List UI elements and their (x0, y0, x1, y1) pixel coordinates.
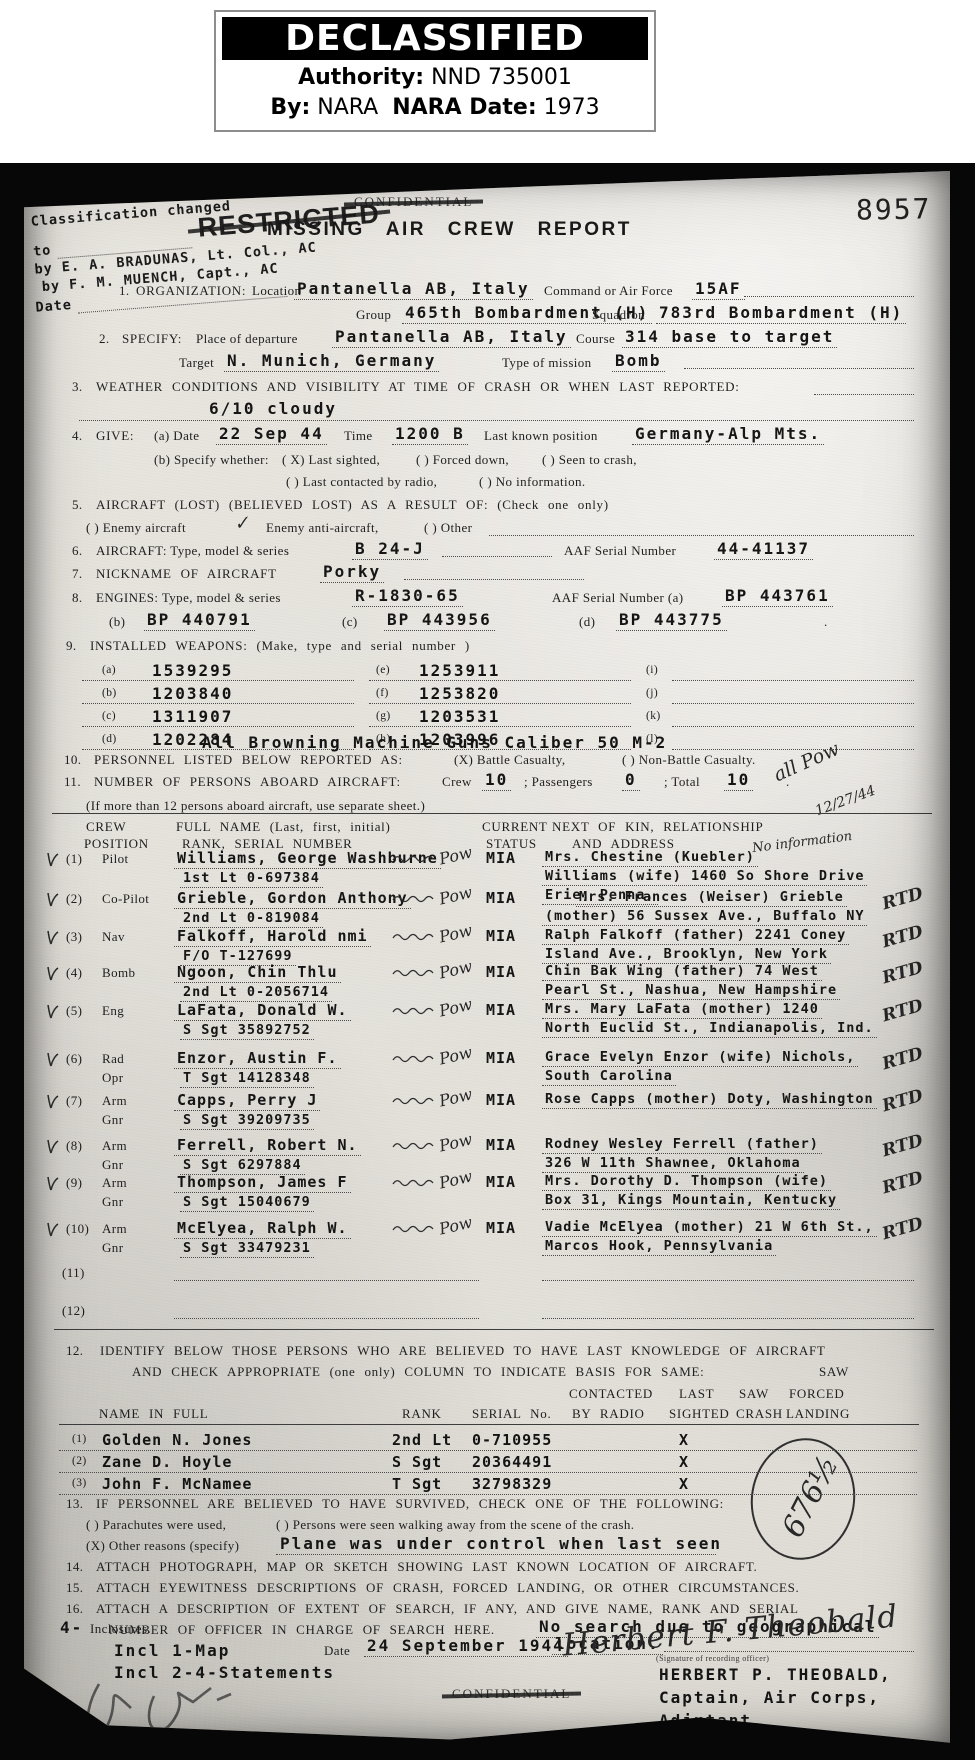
rtd-annotation: RTD (880, 1086, 925, 1117)
crew-row: (3)NavFalkoff, Harold nmiF/O T-127699Pow… (24, 927, 950, 967)
witness-serial: 20364491 (472, 1453, 552, 1471)
s9-label: INSTALLED WEAPONS: (Make, type and seria… (90, 638, 470, 654)
s12-line1: IDENTIFY BELOW THOSE PERSONS WHO ARE BEL… (100, 1343, 826, 1359)
s5-enemy-aircraft-option: ( ) Enemy aircraft (86, 520, 186, 536)
rank-header: RANK (402, 1406, 442, 1422)
s9-num: 9. (66, 638, 77, 654)
rtd-annotation: RTD (880, 1214, 925, 1245)
s5-label: AIRCRAFT (LOST) (BELIEVED LOST) AS A RES… (96, 497, 609, 513)
s6-num: 6. (72, 543, 83, 559)
crew-status: MIA (486, 1001, 516, 1019)
weapon-rule (369, 702, 631, 704)
witness-rank: 2nd Lt (392, 1431, 452, 1449)
witness-number: (3) (72, 1477, 87, 1489)
crew-number: (10) (66, 1221, 89, 1237)
s2-target-value: N. Munich, Germany (224, 351, 439, 372)
crew-row: (4)BombNgoon, Chin Thlu2nd Lt 0-2056714P… (24, 963, 950, 1003)
pen-checkmark (46, 1003, 59, 1025)
weapon-rule (672, 702, 914, 704)
next-of-kin-line: Grace Evelyn Enzor (wife) Nichols, (542, 1049, 858, 1067)
last-header: LAST (679, 1386, 714, 1402)
weapon-rule (672, 748, 914, 750)
pen-checkmark (46, 1221, 59, 1243)
crew-name: Ngoon, Chin Thlu (174, 963, 341, 983)
serial-header: SERIAL No. (472, 1406, 551, 1422)
crew-row: (11) (24, 1263, 950, 1303)
pen-checkmark (46, 1175, 59, 1197)
rtd-annotation: RTD (880, 1131, 925, 1162)
s1-command-value: 15AF (692, 279, 745, 300)
s6-label: AIRCRAFT: Type, model & series (96, 543, 289, 559)
next-of-kin-line: Rose Capps (mother) Doty, Washington (542, 1091, 877, 1109)
s8-period: . (824, 614, 828, 630)
crew-number: (8) (66, 1138, 82, 1154)
contacted-header: CONTACTED (569, 1386, 653, 1402)
crew-position: Gnr (102, 1194, 123, 1210)
kin-col-header1: NEXT OF KIN, RELATIONSHIP (552, 819, 763, 835)
crew-name: McElyea, Ralph W. (174, 1219, 351, 1239)
crew-row: (6)RadOprEnzor, Austin F.T Sgt 14128348P… (24, 1049, 950, 1089)
crew-status: MIA (486, 1049, 516, 1067)
s2-mission-value: Bomb (612, 351, 665, 372)
crew-position: Co-Pilot (102, 891, 149, 907)
s2-departure-value: Pantanella AB, Italy (332, 327, 571, 348)
stamp-date: Date (35, 297, 73, 316)
s7-nickname-value: Porky (320, 562, 384, 583)
s4-position-value: Germany-Alp Mts. (632, 424, 824, 445)
next-of-kin-line: Mrs. Frances (Weiser) Grieble (576, 889, 847, 907)
crew-row: (7)ArmGnrCapps, Perry JS Sgt 39209735Pow… (24, 1091, 950, 1131)
blank-kin-rule (542, 1279, 914, 1281)
by-value: NARA (317, 95, 378, 120)
pen-checkmark (46, 891, 59, 913)
by-radio-header: BY RADIO (572, 1406, 645, 1422)
crew-status: MIA (486, 1173, 516, 1191)
weapon-slot-label: (c) (102, 710, 116, 722)
s11-passengers-label: ; Passengers (524, 774, 593, 790)
rtd-annotation: RTD (880, 958, 925, 989)
crew-row: (12) (24, 1301, 950, 1341)
authority-line: Authority: NND 735001 (222, 65, 648, 90)
s6-serial-label: AAF Serial Number (564, 543, 676, 559)
crew-status: MIA (486, 1091, 516, 1109)
declassified-title: DECLASSIFIED (222, 17, 648, 60)
crew-name: Enzor, Austin F. (174, 1049, 341, 1069)
crew-name: Falkoff, Harold nmi (174, 927, 371, 947)
next-of-kin-line: Chin Bak Wing (father) 74 West (542, 963, 822, 981)
next-of-kin-line: Mrs. Mary LaFata (mother) 1240 (542, 1001, 822, 1019)
s16-line1: ATTACH A DESCRIPTION OF EXTENT OF SEARCH… (96, 1601, 799, 1617)
pen-squiggle (392, 929, 436, 947)
weapon-serial: 1203531 (419, 707, 500, 726)
blank-name-rule (174, 1279, 479, 1281)
next-of-kin-line: North Euclid St., Indianapolis, Ind. (542, 1020, 877, 1038)
s11-label: NUMBER OF PERSONS ABOARD AIRCRAFT: (94, 774, 401, 790)
rtd-annotation: RTD (880, 996, 925, 1027)
crew-name: Thompson, James F (174, 1173, 351, 1193)
s11-crew-value: 10 (482, 770, 511, 791)
s2-departure-label: Place of departure (196, 331, 298, 347)
s7-label: NICKNAME OF AIRCRAFT (96, 566, 277, 582)
pow-annotation: Pow (437, 1042, 474, 1068)
crew-position: Gnr (102, 1240, 123, 1256)
inclosures-label: Inclosures. (90, 1621, 151, 1637)
pow-annotation: Pow (437, 1129, 474, 1155)
sighted-header: SIGHTED (669, 1406, 730, 1422)
crew-row: (5)EngLaFata, Donald W.S Sgt 35892752Pow… (24, 1001, 950, 1041)
crew-number: (4) (66, 965, 82, 981)
weapon-rule (82, 725, 354, 727)
witness-rule (59, 1449, 917, 1451)
declassified-banner: DECLASSIFIED Authority: NND 735001 By: N… (214, 10, 656, 132)
s4-forced-down-option: ( ) Forced down, (416, 452, 509, 468)
crew-status: MIA (486, 1136, 516, 1154)
pen-checkmark (46, 1051, 59, 1073)
s4-num: 4. (72, 428, 83, 444)
crew-number: (12) (62, 1303, 85, 1319)
s7-num: 7. (72, 566, 83, 582)
name-col-header: FULL NAME (Last, first, initial) (176, 819, 391, 835)
weapon-serial: 1203840 (152, 684, 233, 703)
s4-time-value: 1200 B (392, 424, 468, 445)
crew-status: MIA (486, 963, 516, 981)
crew-rank-serial: 2nd Lt 0-819084 (180, 910, 323, 928)
weapon-rule (82, 702, 354, 704)
pen-squiggle (392, 851, 436, 869)
signature-caption: (Signature of recording officer) (656, 1654, 769, 1663)
weapon-serial: 1539295 (152, 661, 233, 680)
s4-position-label: Last known position (484, 428, 598, 444)
next-of-kin-line: Mrs. Chestine (Kuebler) (542, 849, 758, 867)
witness-rank: S Sgt (392, 1453, 442, 1471)
pen-squiggle (392, 1051, 436, 1069)
s4-seen-crash-option: ( ) Seen to crash, (542, 452, 637, 468)
s14-num: 14. (66, 1559, 83, 1575)
next-of-kin-line: Ralph Falkoff (father) 2241 Coney (542, 927, 849, 945)
crew-position: Bomb (102, 965, 135, 981)
crew-row: (10)ArmGnrMcElyea, Ralph W.S Sgt 3347923… (24, 1219, 950, 1259)
s4-label: GIVE: (96, 428, 134, 444)
date-value: 24 September 1944 (364, 1636, 568, 1657)
officer-rank: Captain, Air Corps, (659, 1688, 880, 1707)
pen-scribble (69, 1666, 259, 1760)
confidential-stamp-bottom: CONFIDENTIAL (452, 1686, 571, 1701)
pen-checkmark (46, 1138, 59, 1160)
report-number: 8957 (856, 192, 932, 226)
crew-name: Grieble, Gordon Anthony (174, 889, 411, 909)
macr-form-page: CONFIDENTIAL 8957 Classification changed… (24, 171, 950, 1749)
crew-status: MIA (486, 1219, 516, 1237)
rtd-annotation: RTD (880, 1168, 925, 1199)
witness-last-sighted-mark: X (679, 1453, 689, 1471)
s15-num: 15. (66, 1580, 83, 1596)
pen-squiggle (392, 1175, 436, 1193)
s1-location-value: Pantanella AB, Italy (294, 279, 533, 300)
crew-number: (7) (66, 1093, 82, 1109)
s4b-label: (b) Specify whether: (154, 452, 269, 468)
s5-antiaircraft-option: Enemy anti-aircraft, (266, 520, 379, 536)
s13-walking-option: ( ) Persons were seen walking away from … (276, 1517, 634, 1533)
pow-annotation: Pow (437, 842, 474, 868)
weapon-rule (672, 725, 914, 727)
pen-checkmark (46, 851, 59, 873)
s14-label: ATTACH PHOTOGRAPH, MAP OR SKETCH SHOWING… (96, 1559, 758, 1575)
s8-d-label: (d) (579, 614, 595, 630)
s4-time-label: Time (344, 428, 373, 444)
s6-type-value: B 24-J (352, 539, 428, 560)
crew-position: Gnr (102, 1157, 123, 1173)
witness-rule (59, 1493, 917, 1495)
s5-pen-check: ✓ (232, 512, 251, 535)
s12-num: 12. (66, 1343, 83, 1359)
crew-status: MIA (486, 889, 516, 907)
saw-header: SAW (739, 1386, 769, 1402)
crew-rank-serial: S Sgt 15040679 (180, 1194, 314, 1212)
crew-row: (8)ArmGnrFerrell, Robert N.S Sgt 6297884… (24, 1136, 950, 1176)
witness-serial: 0-710955 (472, 1431, 552, 1449)
crew-position: Pilot (102, 851, 129, 867)
s2-num: 2. (99, 331, 110, 347)
s10-num: 10. (64, 752, 81, 768)
status-col-header1: CURRENT (482, 819, 548, 835)
s11-passengers-value: 0 (622, 770, 640, 791)
weapon-rule (672, 679, 914, 681)
s8-serial-a-value: BP 443761 (722, 586, 833, 607)
pen-checkmark (46, 965, 59, 987)
pen-squiggle (392, 1093, 436, 1111)
s2-course-value: 314 base to target (622, 327, 837, 348)
weapon-serial: 1253820 (419, 684, 500, 703)
weapon-slot-label: (j) (646, 687, 658, 699)
s13-other-option: (X) Other reasons (specify) (86, 1538, 239, 1554)
crew-position: Arm (102, 1221, 127, 1237)
s16-num: 16. (66, 1601, 83, 1617)
witness-rank: T Sgt (392, 1475, 442, 1493)
next-of-kin-line: Rodney Wesley Ferrell (father) (542, 1136, 822, 1154)
crew-position: Arm (102, 1138, 127, 1154)
s1-command-label: Command or Air Force (544, 283, 673, 299)
crew-row: (9)ArmGnrThompson, James FS Sgt 15040679… (24, 1173, 950, 1213)
s1-label: ORGANIZATION: (136, 283, 246, 299)
s3-value: 6/10 cloudy (209, 399, 337, 418)
next-of-kin-line: (mother) 56 Sussex Ave., Buffalo NY (542, 908, 867, 926)
crew-status: MIA (486, 849, 516, 867)
s13-num: 13. (66, 1496, 83, 1512)
crew-status: MIA (486, 927, 516, 945)
scan-background: CONFIDENTIAL 8957 Classification changed… (0, 163, 975, 1760)
next-of-kin-line: South Carolina (542, 1068, 676, 1086)
s11-num: 11. (64, 774, 81, 790)
weapon-slot-label: (i) (646, 664, 658, 676)
crew-number: (1) (66, 851, 82, 867)
s11-total-label: ; Total (664, 774, 700, 790)
next-of-kin-line: Island Ave., Brooklyn, New York (542, 946, 831, 964)
pen-squiggle (392, 1003, 436, 1021)
crew-rank-serial: T Sgt 14128348 (180, 1070, 314, 1088)
s4-radio-option: ( ) Last contacted by radio, (286, 474, 437, 490)
s11-total-value: 10 (724, 770, 753, 791)
crew-position: Gnr (102, 1112, 123, 1128)
weapon-rule (82, 679, 354, 681)
crew-rank-serial: S Sgt 35892752 (180, 1022, 314, 1040)
s8-serial-label: AAF Serial Number (a) (552, 590, 684, 606)
witness-last-sighted-mark: X (679, 1431, 689, 1449)
pen-squiggle (392, 1221, 436, 1239)
blank-name-rule (174, 1317, 479, 1319)
name-in-full-header: NAME IN FULL (99, 1406, 208, 1422)
s10-nonbattle-option: ( ) Non-Battle Casualty. (622, 752, 756, 768)
s1-num: 1. (119, 283, 130, 299)
witness-number: (2) (72, 1455, 87, 1467)
crew-rank-serial: S Sgt 33479231 (180, 1240, 314, 1258)
crew-rank-serial: S Sgt 39209735 (180, 1112, 314, 1130)
crew-position: Arm (102, 1093, 127, 1109)
crew-rank-serial: 2nd Lt 0-2056714 (180, 984, 332, 1002)
s10-label: PERSONNEL LISTED BELOW REPORTED AS: (94, 752, 403, 768)
witness-name: John F. McNamee (102, 1475, 252, 1493)
s4-date-value: 22 Sep 44 (216, 424, 327, 445)
form-title: MISSING AIR CREW REPORT (267, 219, 632, 241)
penciled-circle-number: 676½ (742, 1431, 864, 1568)
landing-header: LANDING (786, 1406, 850, 1422)
crew-col-header: CREW (86, 819, 126, 835)
witness-name: Zane D. Hoyle (102, 1453, 232, 1471)
crew-row: (2)Co-PilotGrieble, Gordon Anthony2nd Lt… (24, 889, 950, 929)
inclosures-number: 4- (60, 1618, 83, 1637)
crew-position: Opr (102, 1070, 123, 1086)
s13-parachutes-option: ( ) Parachutes were used, (86, 1517, 226, 1533)
weapon-slot-label: (f) (376, 687, 389, 699)
crew-number: (9) (66, 1175, 82, 1191)
officer-name: HERBERT P. THEOBALD, (659, 1665, 892, 1684)
s3-label: WEATHER CONDITIONS AND VISIBILITY AT TIM… (96, 379, 740, 395)
witness-number: (1) (72, 1433, 87, 1445)
weapon-serial: 1311907 (152, 707, 233, 726)
authority-value: NND 735001 (431, 65, 572, 90)
date-label: Date (324, 1643, 350, 1659)
s1-group-label: Group (356, 307, 391, 323)
s13-label: IF PERSONNEL ARE BELIEVED TO HAVE SURVIV… (96, 1496, 724, 1512)
s8-label: ENGINES: Type, model & series (96, 590, 281, 606)
s8-d-value: BP 443775 (616, 610, 727, 631)
s11-note: (If more than 12 persons aboard aircraft… (86, 798, 425, 814)
weapon-slot-label: (g) (376, 710, 391, 722)
s8-c-label: (c) (342, 614, 358, 630)
witness-serial: 32798329 (472, 1475, 552, 1493)
s8-c-value: BP 443956 (384, 610, 495, 631)
witness-rule (59, 1471, 917, 1473)
nara-line: By: NARA NARA Date: 1973 (222, 95, 648, 120)
rtd-annotation: RTD (880, 922, 925, 953)
weapon-serial: 1253911 (419, 661, 500, 680)
weapon-rule (369, 725, 631, 727)
all-pow-annotation: all Pow (771, 738, 843, 786)
s2-target-label: Target (179, 355, 214, 371)
weapon-slot-label: (b) (102, 687, 117, 699)
s6-serial-value: 44-41137 (714, 539, 813, 560)
s4-noinfo-option: ( ) No information. (479, 474, 586, 490)
crew-number: (6) (66, 1051, 82, 1067)
crew-number: (3) (66, 929, 82, 945)
crew-position: Rad (102, 1051, 124, 1067)
s4a-label: (a) Date (154, 428, 199, 444)
crew-name: LaFata, Donald W. (174, 1001, 351, 1021)
s8-b-value: BP 440791 (144, 610, 255, 631)
incl-1-map: Incl 1-Map (114, 1641, 230, 1660)
classification-changed-stamp: Classification changed RESTRICTED to by … (28, 180, 466, 328)
weapon-slot-label: (d) (102, 733, 117, 745)
stamp-to: to (32, 242, 51, 259)
nara-date-value: 1973 (544, 95, 600, 120)
pen-squiggle (392, 1138, 436, 1156)
s8-type-value: R-1830-65 (352, 586, 463, 607)
s11-crew-label: Crew (442, 774, 472, 790)
crew-row: (1)PilotWilliams, George Washburne1st Lt… (24, 849, 950, 889)
s1-squadron-value: 783rd Bombardment (H) (656, 303, 906, 324)
pen-squiggle (392, 891, 436, 909)
officer-role: Adjutant. (659, 1711, 764, 1730)
s2-mission-label: Type of mission (502, 355, 592, 371)
pen-checkmark (46, 1093, 59, 1115)
s13-other-value: Plane was under control when last seen (280, 1534, 722, 1553)
s5-num: 5. (72, 497, 83, 513)
crew-rank-serial: 1st Lt 0-697384 (180, 870, 323, 888)
witness-last-sighted-mark: X (679, 1475, 689, 1493)
pen-squiggle (392, 965, 436, 983)
crew-name: Ferrell, Robert N. (174, 1136, 361, 1156)
blank-kin-rule (542, 1317, 914, 1319)
nara-date-label: NARA Date: (392, 95, 536, 120)
crew-number: (11) (62, 1265, 85, 1281)
next-of-kin-line: 326 W 11th Shawnee, Oklahoma (542, 1155, 804, 1173)
next-of-kin-line: Box 31, Kings Mountain, Kentucky (542, 1192, 840, 1210)
s8-num: 8. (72, 590, 83, 606)
s12-line2: AND CHECK APPROPRIATE (one only) COLUMN … (132, 1364, 704, 1380)
s1-squadron-label: Squadron (592, 307, 645, 323)
s2-label: SPECIFY: (122, 331, 182, 347)
forced-header: FORCED (789, 1386, 845, 1402)
s2-course-label: Course (576, 331, 615, 347)
s3-num: 3. (72, 379, 83, 395)
saw-header-top: SAW (819, 1364, 849, 1380)
s5-other-option: ( ) Other (424, 520, 472, 536)
crew-position: Nav (102, 929, 125, 945)
weapon-slot-label: (e) (376, 664, 390, 676)
rtd-annotation: RTD (880, 1044, 925, 1075)
next-of-kin-line: Williams (wife) 1460 So Shore Drive (542, 868, 867, 886)
crash-header: CRASH (736, 1406, 783, 1422)
next-of-kin-line: Marcos Hook, Pennsylvania (542, 1238, 776, 1256)
weapon-rule (369, 679, 631, 681)
weapons-note: All Browning Machine Guns Caliber 50 M-2 (202, 733, 667, 752)
authority-label: Authority: (298, 65, 424, 90)
crew-position: Arm (102, 1175, 127, 1191)
crew-number: (5) (66, 1003, 82, 1019)
s10-battle-option: (X) Battle Casualty, (454, 752, 566, 768)
crew-number: (2) (66, 891, 82, 907)
next-of-kin-line: Vadie McElyea (mother) 21 W 6th St., (542, 1219, 877, 1237)
s15-label: ATTACH EYEWITNESS DESCRIPTIONS OF CRASH,… (96, 1580, 799, 1596)
weapon-slot-label: (k) (646, 710, 661, 722)
next-of-kin-line: Mrs. Dorothy D. Thompson (wife) (542, 1173, 831, 1191)
witness-name: Golden N. Jones (102, 1431, 252, 1449)
s4-last-sighted-option: ( X) Last sighted, (282, 452, 380, 468)
by-label: By: (270, 95, 310, 120)
circle-value: 676½ (775, 1450, 845, 1543)
crew-position: Eng (102, 1003, 124, 1019)
next-of-kin-line: Pearl St., Nashua, New Hampshire (542, 982, 840, 1000)
pow-annotation: Pow (437, 1212, 474, 1238)
